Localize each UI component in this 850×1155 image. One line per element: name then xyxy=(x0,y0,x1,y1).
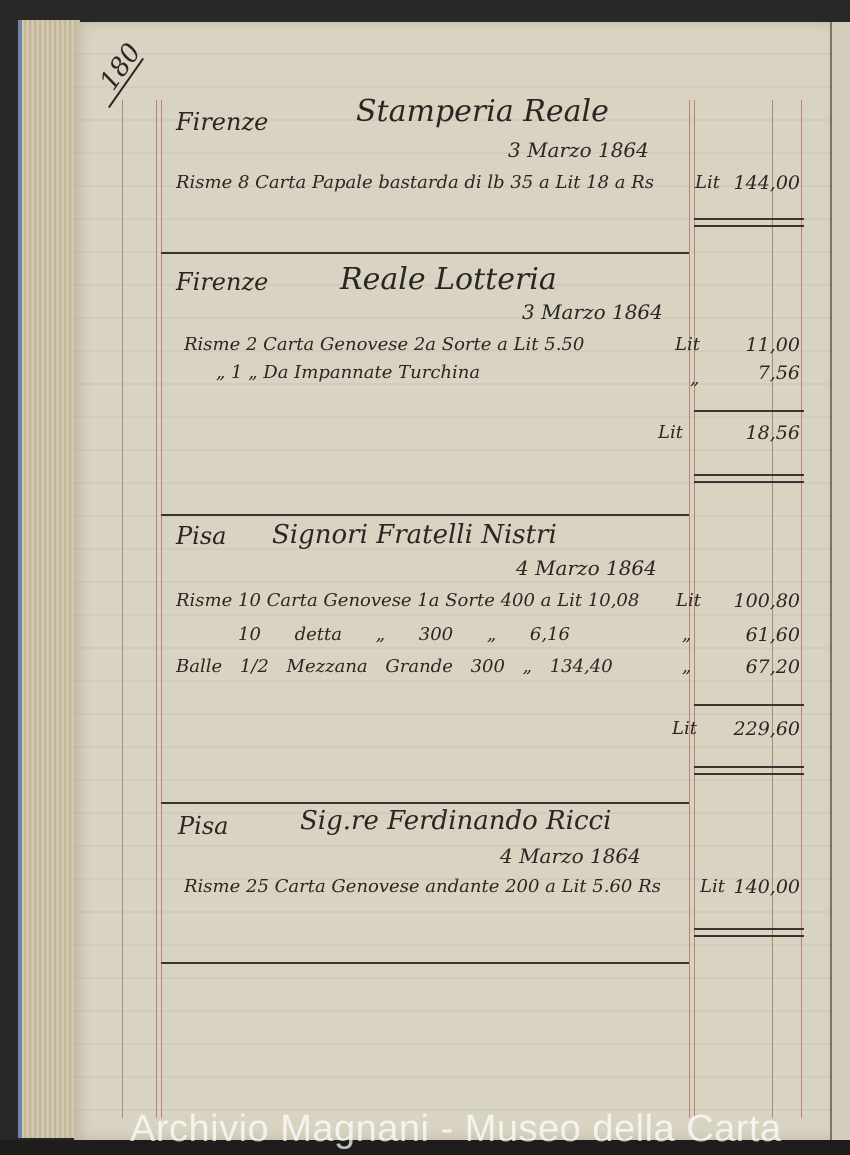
subtotal-rule xyxy=(694,410,804,412)
entry-line-description: Risme 2 Carta Genovese 2a Sorte a Lit 5.… xyxy=(184,334,584,355)
margin-rule xyxy=(122,100,123,1118)
entry-separator xyxy=(161,252,689,254)
facing-page-edge xyxy=(830,22,850,1140)
entry-line-currency: Lit xyxy=(676,590,701,611)
amount-column-rule xyxy=(801,100,802,1118)
entry-line-description: 10 detta „ 300 „ 6,16 xyxy=(238,624,570,645)
entry-line-amount: 61,60 xyxy=(700,624,800,646)
entry-separator xyxy=(161,514,689,516)
margin-rule xyxy=(156,100,157,1118)
entry-line-description: Risme 25 Carta Genovese andante 200 a Li… xyxy=(184,876,661,897)
entry-line-currency: „ xyxy=(682,624,691,645)
entry-separator xyxy=(161,802,689,804)
entry-city: Firenze xyxy=(176,268,268,296)
entry-line-amount: 144,00 xyxy=(700,172,800,194)
entry-line-description: „ 1 „ Da Impannate Turchina xyxy=(216,362,480,383)
entry-line-amount: 11,00 xyxy=(700,334,800,356)
entry-line-description: Risme 10 Carta Genovese 1a Sorte 400 a L… xyxy=(176,590,639,611)
entry-line-amount: 7,56 xyxy=(700,362,800,384)
entry-city: Pisa xyxy=(176,522,226,550)
book-page-edges xyxy=(18,20,80,1138)
entry-double-rule xyxy=(694,766,804,775)
entry-double-rule xyxy=(694,474,804,483)
entry-city: Pisa xyxy=(178,812,228,840)
entry-firm: Signori Fratelli Nistri xyxy=(272,520,557,550)
archive-watermark: Archivio Magnani - Museo della Carta xyxy=(130,1108,782,1151)
total-amount: 18,56 xyxy=(700,422,800,444)
entry-double-rule xyxy=(694,218,804,227)
entry-line-description: Risme 8 Carta Papale bastarda di lb 35 a… xyxy=(176,172,654,193)
entry-firm: Reale Lotteria xyxy=(340,262,557,297)
entry-firm: Sig.re Ferdinando Ricci xyxy=(300,806,611,836)
total-amount: 229,60 xyxy=(700,718,800,740)
total-currency: Lit xyxy=(672,718,697,739)
entry-line-currency: Lit xyxy=(675,334,700,355)
entry-date: 3 Marzo 1864 xyxy=(522,300,663,324)
entry-line-amount: 67,20 xyxy=(700,656,800,678)
entry-line-description: Balle 1/2 Mezzana Grande 300 „ 134,40 xyxy=(176,656,613,677)
total-currency: Lit xyxy=(658,422,683,443)
entry-line-currency: „ xyxy=(682,656,691,677)
entry-line-amount: 140,00 xyxy=(700,876,800,898)
entry-line-amount: 100,80 xyxy=(700,590,800,612)
subtotal-rule xyxy=(694,704,804,706)
entry-city: Firenze xyxy=(176,108,268,136)
entry-date: 4 Marzo 1864 xyxy=(516,556,657,580)
entry-date: 4 Marzo 1864 xyxy=(500,844,641,868)
entry-firm: Stamperia Reale xyxy=(356,94,609,129)
entry-separator xyxy=(161,962,689,964)
entry-date: 3 Marzo 1864 xyxy=(508,138,649,162)
entry-double-rule xyxy=(694,928,804,937)
entry-line-currency: „ xyxy=(690,368,699,389)
